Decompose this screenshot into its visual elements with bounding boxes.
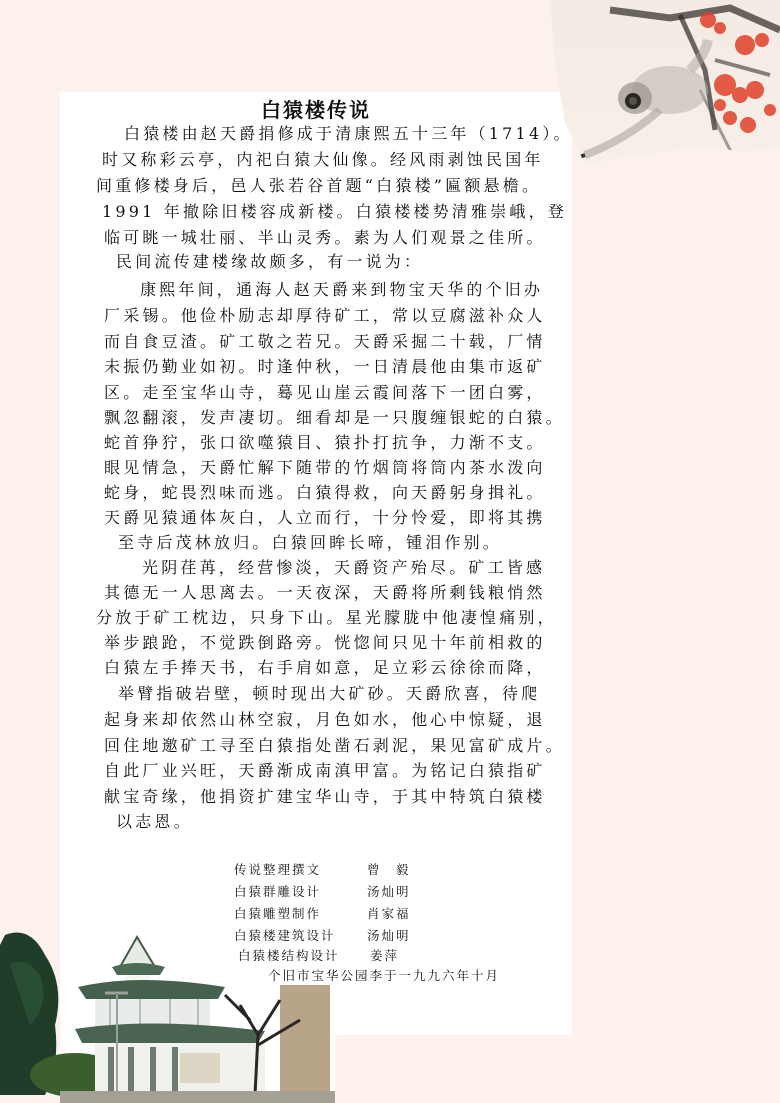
body-line: 厂采锡。他俭朴励志却厚待矿工，常以豆腐滋补众人 <box>104 306 546 326</box>
dedication-line: 个旧市宝华公园李于一九九六年十月 <box>268 966 500 984</box>
credit-role: 白猿楼建筑设计 <box>234 926 336 944</box>
body-line: 献宝奇缘，他捐资扩建宝华山寺，于其中特筑白猿楼 <box>104 787 546 807</box>
body-line: 间重修楼身后，邑人张若谷首题“白猿楼”匾额悬檐。 <box>96 176 541 196</box>
credit-role: 白猿雕塑制作 <box>234 904 321 922</box>
body-line: 以志恩。 <box>116 812 193 832</box>
credit-name: 肖家福 <box>367 904 411 922</box>
credit-name: 汤灿明 <box>367 926 411 944</box>
credit-name: 汤灿明 <box>367 882 411 900</box>
body-line: 举臂指破岩壁，顿时现出大矿砂。天爵欣喜，待爬 <box>118 684 540 704</box>
body-line: 区。走至宝华山寺，蓦见山崖云霞间落下一团白雾， <box>104 383 546 403</box>
body-line: 康熙年间，通海人赵天爵来到物宝天华的个旧办 <box>140 280 543 300</box>
body-line: 起身来却依然山林空寂，月色如水，他心中惊疑，退 <box>104 710 546 730</box>
body-line: 白猿左手捧天书，右手肩如意，足立彩云徐徐而降， <box>104 658 546 678</box>
credit-role: 传说整理撰文 <box>234 860 321 878</box>
body-line: 举步踉跄，不觉跌倒路旁。恍惚间只见十年前相救的 <box>104 633 546 653</box>
body-line: 时又称彩云亭，内祀白猿大仙像。经风雨剥蚀民国年 <box>102 150 544 170</box>
body-line: 未振仍勤业如初。时逢仲秋，一日清晨他由集市返矿 <box>104 357 546 377</box>
body-line: 临可眺一城壮丽、半山灵秀。素为人们观景之佳所。 <box>104 228 546 248</box>
body-line: 蛇首狰狞，张口欲噬猿目、猿扑打抗争，力渐不支。 <box>104 433 546 453</box>
body-line: 蛇身，蛇畏烈味而逃。白猿得救，向天爵躬身揖礼。 <box>104 483 546 503</box>
body-line: 光阴荏苒，经营惨淡，天爵资产殆尽。矿工皆感 <box>142 558 545 578</box>
document-title: 白猿楼传说 <box>60 94 572 123</box>
body-line: 1991 年撤除旧楼容成新楼。白猿楼楼势清雅崇峨，登 <box>102 202 567 222</box>
body-line: 飘忽翻滚，发声凄切。细看却是一只腹缠银蛇的白猿。 <box>104 408 565 428</box>
credit-name: 曾 毅 <box>367 860 411 878</box>
credit-role: 白猿群雕设计 <box>234 882 321 900</box>
credit-name: 姜萍 <box>370 946 399 964</box>
body-line: 回住地邀矿工寻至白猿指处凿石剥泥，果见富矿成片。 <box>104 736 565 756</box>
body-line: 白猿楼由赵天爵捐修成于清康熙五十三年（1714）。 <box>124 124 573 144</box>
body-line: 而自食豆渣。矿工敬之若兄。天爵采掘二十载，厂情 <box>104 332 546 352</box>
body-line: 天爵见猿通体灰白，人立而行，十分怜爱，即将其携 <box>104 508 546 528</box>
body-line: 分放于矿工枕边，只身下山。星光朦胧中他凄惶痛别， <box>96 608 557 628</box>
body-line: 自此厂业兴旺，天爵渐成南滇甲富。为铭记白猿指矿 <box>104 761 546 781</box>
body-line: 至寺后茂林放归。白猿回眸长啼，锺泪作别。 <box>118 533 502 553</box>
body-line: 眼见情急，天爵忙解下随带的竹烟筒将筒内茶水泼向 <box>104 458 546 478</box>
body-line: 民间流传建楼缘故颇多，有一说为： <box>116 252 423 272</box>
credit-role: 白猿楼结构设计 <box>238 946 340 964</box>
body-line: 其德无一人思离去。一天夜深，天爵将所剩钱粮悄然 <box>104 583 546 603</box>
